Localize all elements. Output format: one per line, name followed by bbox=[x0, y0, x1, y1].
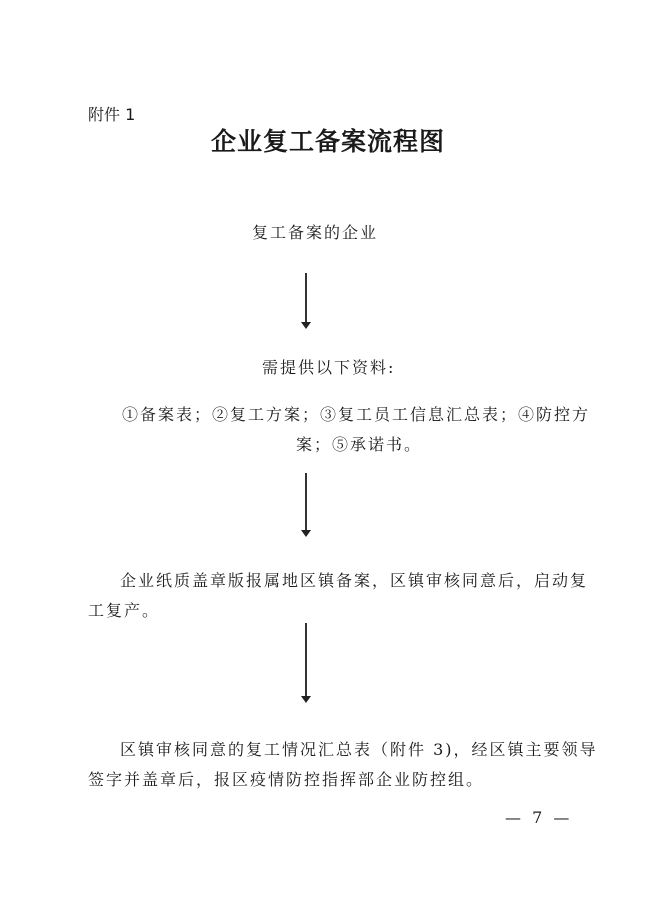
flow-step-3-line-1: 企业纸质盖章版报属地区镇备案，区镇审核同意后，启动复 bbox=[120, 568, 588, 591]
flow-step-2-line-1: ①备案表；②复工方案；③复工员工信息汇总表；④防控方 bbox=[122, 402, 590, 425]
flow-step-4-line-2: 签字并盖章后，报区疫情防控指挥部企业防控组。 bbox=[88, 767, 484, 790]
document-title: 企业复工备案流程图 bbox=[0, 122, 656, 158]
flow-step-3-line-2: 工复产。 bbox=[88, 598, 160, 621]
flow-step-2-heading: 需提供以下资料: bbox=[262, 355, 395, 378]
flow-step-1: 复工备案的企业 bbox=[252, 220, 378, 243]
down-arrow-icon bbox=[305, 623, 307, 697]
flow-step-4-line-1: 区镇审核同意的复工情况汇总表（附件 3)，经区镇主要领导 bbox=[120, 737, 598, 760]
down-arrow-icon bbox=[305, 473, 307, 531]
page-number: — 7 — bbox=[505, 808, 572, 827]
down-arrow-icon bbox=[305, 273, 307, 323]
flow-step-2-line-2: 案；⑤承诺书。 bbox=[296, 432, 422, 455]
